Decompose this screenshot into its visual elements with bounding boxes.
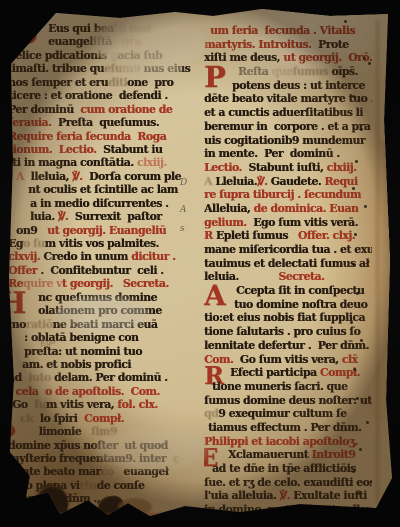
text-segment: limaſti. tribue qu bbox=[8, 62, 104, 75]
text-segment: am. et nobis profici bbox=[22, 358, 131, 371]
text-segment: nt oculis et ſcintille ac lam bbox=[28, 183, 178, 196]
text-segment: on9 bbox=[16, 224, 41, 237]
text-line: Require feria ſecunda Roga bbox=[8, 130, 204, 143]
text-segment: clxiij. bbox=[134, 156, 167, 169]
text-segment: lleluia, bbox=[24, 170, 72, 183]
text-segment: Credo in unum bbox=[43, 250, 128, 263]
text-segment: tione muneris ſacri. que bbox=[212, 380, 347, 393]
text-line: potens deus : ut interce bbox=[204, 79, 372, 93]
text-segment: ℣. bbox=[280, 489, 294, 502]
text-segment: in mente. Per dominū . bbox=[204, 147, 340, 160]
text-segment: ſu bbox=[28, 398, 46, 411]
text-line: DEus qui beatū mar̄ bbox=[8, 22, 204, 35]
text-segment: 9 exequimur cultum ſe bbox=[218, 407, 346, 420]
ink-dot bbox=[355, 160, 358, 163]
text-line: Lectio. Stabunt iuſti, clxiij. bbox=[204, 161, 372, 175]
text-segment: t georgij. bbox=[62, 277, 123, 290]
text-line: Hnc queſumus domine bbox=[8, 291, 204, 304]
text-segment: re ſupra tiburcij . ſecundum bbox=[204, 188, 361, 201]
parchment-fragment: DEus qui beatū mar̄ euangeliſtā gr̄ageli… bbox=[0, 0, 400, 527]
gutter-letter: s bbox=[180, 224, 194, 234]
text-segment: Secreta. bbox=[278, 270, 324, 283]
text-segment: one pro bbox=[127, 76, 173, 89]
text-line: ck lo ſpiri Compł. bbox=[8, 412, 204, 425]
text-segment: clx̄ bbox=[342, 353, 358, 366]
text-segment: eſum9 bbox=[104, 62, 143, 75]
text-line: in mente. Per dominū . bbox=[204, 147, 372, 161]
manuscript-photo: DEus qui beatū mar̄ euangeliſtā gr̄ageli… bbox=[0, 0, 400, 527]
text-line: Offer . Confitebuntur celi . bbox=[8, 264, 204, 277]
text-segment: Offer bbox=[8, 264, 37, 277]
text-line: Alleluia, de dominica. Euan bbox=[204, 202, 372, 216]
text-segment: qd bbox=[204, 407, 218, 420]
text-segment: delam. Per dominū . bbox=[54, 371, 168, 384]
text-segment: o ſu bbox=[23, 237, 45, 250]
text-segment: co bbox=[101, 465, 117, 478]
text-line: beremur in corpore . et a pra bbox=[204, 120, 372, 134]
text-segment: er bbox=[50, 492, 62, 505]
text-segment: limonie bbox=[32, 425, 91, 438]
text-segment: tauimus et delectati ſumus ał bbox=[204, 257, 369, 270]
text-segment: ratiō bbox=[26, 318, 53, 331]
text-segment: Stabunt iuſti, bbox=[248, 161, 326, 174]
text-segment: olationem pro comme bbox=[38, 304, 162, 317]
text-segment: Introit9 bbox=[311, 448, 355, 461]
gutter-letter: D bbox=[180, 178, 194, 188]
text-segment: a in medio diſcurrentes . bbox=[30, 197, 168, 210]
text-line: qd9 exequimur cultum ſe bbox=[204, 407, 372, 421]
text-line: tauimus et delectati ſumus ał bbox=[204, 257, 372, 271]
text-segment: ℣. bbox=[72, 170, 86, 183]
text-line: EXclamauerunt Introit9 bbox=[204, 448, 372, 462]
text-segment: Require feria ſecunda Roga bbox=[8, 130, 166, 143]
text-line: REfecti participa Compł. bbox=[204, 366, 372, 380]
text-segment: Per dominū bbox=[8, 103, 74, 116]
text-line: lennitate defertur . Per dn̄m. bbox=[204, 339, 372, 353]
ink-dot bbox=[350, 321, 353, 324]
text-segment: quire v bbox=[23, 277, 62, 290]
text-line: ticere : et oratione defendi . bbox=[8, 89, 204, 102]
text-segment: et a cunctis aduerſitatibus li bbox=[204, 106, 363, 119]
text-line: Go ſum vitis vera, fol. clx. bbox=[8, 398, 204, 411]
text-line: leluia. Secreta. bbox=[204, 270, 372, 284]
text-segment: clxvij. bbox=[8, 250, 43, 263]
text-segment: rtu bbox=[79, 479, 96, 492]
text-line: martyris. Introitus. Prote bbox=[204, 38, 372, 52]
text-line: ſue. et rʒ de celo. exaudiſti eos al bbox=[204, 476, 372, 490]
text-segment: nus eius bbox=[143, 62, 190, 75]
text-segment: ticere : et oratione defendi . bbox=[8, 89, 168, 102]
text-segment: Efecti participa bbox=[230, 366, 320, 379]
text-segment: ſim9 bbox=[91, 425, 117, 438]
text-segment: m vitis vos palmites. bbox=[45, 237, 159, 250]
text-segment: ſerauia. bbox=[8, 116, 55, 129]
text-line: xiſti me deus, ut georgij. Orō. bbox=[204, 51, 372, 65]
left-text-column: DEus qui beatū mar̄ euangeliſtā gr̄ageli… bbox=[8, 22, 204, 506]
text-line: ſumus domine deus noſter: ut bbox=[204, 394, 372, 408]
text-line: A lleluia, ℣. Dorſa corum ple bbox=[8, 170, 204, 183]
text-line: tiamus effectum . Per dn̄m. bbox=[204, 421, 372, 435]
text-line: Com. Go ſum vitis vera, clx̄ bbox=[204, 353, 372, 367]
text-segment: tuo domine noſtra deuo bbox=[234, 298, 367, 311]
text-segment: dn̄m ., bbox=[61, 492, 100, 505]
ink-dot bbox=[363, 57, 366, 60]
text-segment: Offer. clxj. bbox=[298, 229, 355, 242]
text-line: : oblatā benigne con bbox=[8, 331, 204, 344]
ink-dot bbox=[357, 492, 360, 495]
text-line: ſti in magna conſtātia. clxiij. bbox=[8, 156, 204, 169]
text-line: um feria ſecunda . Vitalis bbox=[204, 24, 372, 38]
text-line: preſta: ut nomini tuo bbox=[8, 345, 204, 358]
text-line: PReſta queſumus oīps̄. bbox=[204, 65, 372, 79]
text-segment: euangeliſtā bbox=[48, 35, 112, 48]
text-segment: Preſta queſumus. bbox=[55, 116, 159, 129]
ink-dot bbox=[368, 62, 371, 65]
text-line: tione muneris ſacri. que bbox=[204, 380, 372, 394]
text-line: ſerauia. Preſta queſumus. bbox=[8, 116, 204, 129]
text-segment bbox=[239, 270, 279, 283]
text-line: ACcepta ſit in conſpectu bbox=[204, 284, 372, 298]
text-line: re ſupra tiburcij . ſecundum bbox=[204, 188, 372, 202]
text-line: nt oculis et ſcintille ac lam bbox=[8, 183, 204, 196]
text-segment: A bbox=[16, 170, 24, 183]
text-segment: m vitis vera, bbox=[46, 398, 118, 411]
text-line: Require vt georgij. Secreta. bbox=[8, 277, 204, 290]
text-line: P limonie ſim9 bbox=[8, 425, 204, 438]
text-line: gelice pdicationis gacia ſub bbox=[8, 49, 204, 62]
text-segment: tione ſalutaris . pro cuius ſo bbox=[204, 325, 360, 338]
text-line: et a cunctis aduerſitatibus li bbox=[204, 106, 372, 120]
text-line: am. et nobis profici bbox=[8, 358, 204, 371]
text-line: gelium. Ego ſum vitis verā. bbox=[204, 216, 372, 230]
text-line: l'uia alleluia. ℣. Exultate iuſti bbox=[204, 489, 372, 503]
text-segment: dicitur . bbox=[128, 250, 176, 263]
text-segment: Reſta bbox=[238, 65, 272, 78]
text-segment: oīps̄. bbox=[328, 65, 358, 78]
text-segment: Go bbox=[12, 398, 28, 411]
text-segment: Exultate iuſti bbox=[293, 489, 367, 502]
text-segment: tū mar̄ bbox=[114, 22, 155, 35]
ink-dot bbox=[352, 95, 355, 98]
text-segment: ut georgij. Euangeliū bbox=[41, 224, 167, 237]
text-segment: mo bbox=[8, 318, 26, 331]
text-segment: Alleluia, bbox=[204, 202, 254, 215]
text-line: in domino, rectos decet collau bbox=[204, 503, 372, 517]
text-segment: Compł. bbox=[84, 412, 124, 425]
text-segment: Go ſum vitis vera, bbox=[240, 353, 342, 366]
text-segment: Eg bbox=[8, 237, 23, 250]
text-segment: Dorſa corum ple bbox=[86, 170, 181, 183]
text-segment: acia ſub bbox=[117, 49, 162, 62]
text-segment: Philippi et iacobi apoſtoloʒ. bbox=[204, 435, 358, 448]
text-segment: ſti in magna conſtātia. bbox=[8, 156, 134, 169]
text-line: A Lleluia.℣. Gaudete. Requi bbox=[204, 175, 372, 189]
text-segment: tio:et eius nobis fiat ſupplica bbox=[204, 311, 365, 324]
text-line: limaſti. tribue queſum9 nus eius bbox=[8, 62, 204, 75]
ink-dot bbox=[359, 448, 362, 451]
text-segment: luia. bbox=[30, 210, 58, 223]
text-line: euangeliſtā gr̄a bbox=[8, 35, 204, 48]
text-segment: de dominica. Euan bbox=[254, 202, 359, 215]
text-segment: Prote bbox=[318, 38, 349, 51]
text-segment: g bbox=[110, 49, 117, 62]
text-segment: lennitate defertur . Per dn̄m. bbox=[204, 339, 369, 352]
text-segment: Epleti ſumus bbox=[216, 229, 298, 242]
text-line: ur. Per dn̄m ., bbox=[8, 492, 204, 505]
ink-dot bbox=[360, 339, 363, 342]
ink-dot bbox=[344, 20, 347, 23]
text-segment: in domino, rectos decet collau bbox=[204, 503, 372, 516]
text-segment: clxiij. bbox=[327, 161, 357, 174]
text-line: mane miſericordia tua . et exul bbox=[204, 243, 372, 257]
text-line: on9 ut georgij. Euangeliū bbox=[8, 224, 204, 237]
text-line: Philippi et iacobi apoſtoloʒ. bbox=[204, 435, 372, 449]
text-segment: queſumus bbox=[272, 65, 329, 78]
text-segment: beremur in corpore . et a pra bbox=[204, 120, 370, 133]
text-line: tio:et eius nobis fiat ſupplica bbox=[204, 311, 372, 325]
text-segment: gr̄a bbox=[112, 35, 141, 48]
text-segment: ur. P bbox=[24, 492, 50, 505]
text-segment: fol. clx. bbox=[117, 398, 157, 411]
text-line: myſterio frequentam9. inter ç bbox=[8, 452, 204, 465]
text-segment: . Confitebuntur celi . bbox=[37, 264, 164, 277]
text-line: tuo domine noſtra deuo bbox=[204, 298, 372, 312]
ink-dot bbox=[353, 368, 356, 371]
fold-crease bbox=[376, 20, 379, 502]
text-segment: l'uia alleluia. bbox=[204, 489, 280, 502]
text-segment: ad te dn̄e in tp̄e afflictiōis bbox=[212, 462, 356, 475]
text-line: nos ſemper et eruditione pro bbox=[8, 76, 204, 89]
text-segment: iuto bbox=[22, 371, 54, 384]
text-segment: Requi bbox=[324, 175, 357, 188]
text-line: R Epleti ſumus Offer. clxj. bbox=[204, 229, 372, 243]
text-segment: tiamus effectum . Per dn̄m. bbox=[208, 421, 361, 434]
text-segment: ſ cela o de apoſtolis. Com. bbox=[8, 385, 160, 398]
text-segment: ℣. bbox=[257, 175, 267, 188]
text-segment: ç bbox=[166, 452, 179, 465]
text-line: olationem pro comme bbox=[8, 304, 204, 317]
text-segment: cum oratione de bbox=[74, 103, 173, 116]
text-line: tionum. Lectio. Stabunt iu bbox=[8, 143, 204, 156]
text-segment: martyris. Introitus. bbox=[204, 38, 318, 51]
text-segment: lo ſpiri bbox=[33, 412, 84, 425]
text-segment: dente beato mar bbox=[8, 465, 101, 478]
text-segment: uo plena vi bbox=[18, 479, 79, 492]
ink-dot bbox=[360, 128, 363, 131]
text-line: Per dominū cum oratione de bbox=[8, 103, 204, 116]
text-line: uo plena virtude conſe bbox=[8, 479, 204, 492]
text-segment: myſterio frequentam9. inter bbox=[8, 452, 166, 465]
text-line: domine xp̄us noſter ut quod bbox=[8, 439, 204, 452]
text-line: dente beato marco euangeł bbox=[8, 465, 204, 478]
text-line: moratiōne beati marci euā bbox=[8, 318, 204, 331]
gutter-letter: A bbox=[180, 205, 194, 215]
text-segment: nc queſumus domine bbox=[38, 291, 157, 304]
text-line: uis cogitationib9 mundemur bbox=[204, 134, 372, 148]
ink-dot bbox=[366, 421, 369, 424]
text-segment: dēte beato vitale martyre tuo . bbox=[204, 92, 372, 105]
text-line: ad iuto delam. Per dominū . bbox=[8, 371, 204, 384]
text-segment: ut georgij. Orō. bbox=[283, 51, 372, 64]
ink-dot bbox=[352, 470, 355, 473]
text-segment: A bbox=[204, 175, 215, 188]
ink-dot bbox=[356, 292, 359, 295]
text-segment: gelice pdicationis bbox=[8, 49, 110, 62]
text-segment: de conſe bbox=[97, 479, 145, 492]
text-segment: ne beati marci euā bbox=[52, 318, 157, 331]
faded-red-line-remnant bbox=[52, 513, 210, 520]
ink-dot bbox=[352, 187, 355, 190]
text-line: a in medio diſcurrentes . bbox=[8, 197, 204, 210]
text-segment: Gaudete. bbox=[267, 175, 324, 188]
ink-dot bbox=[354, 233, 357, 236]
text-line: clxvij. Credo in unum dicitur . bbox=[8, 250, 204, 263]
text-segment: Xclamauerunt bbox=[228, 448, 311, 461]
text-segment: ſue. et rʒ de celo. exaudiſti eos al bbox=[204, 476, 372, 489]
text-segment: Ego ſum vitis verā. bbox=[253, 216, 358, 229]
text-segment: ad bbox=[8, 371, 22, 384]
text-segment: uis cogitationib9 mundemur bbox=[204, 134, 365, 147]
text-segment: R bbox=[204, 229, 216, 242]
text-segment: diti bbox=[108, 76, 127, 89]
text-segment: Eus qui bea bbox=[48, 22, 114, 35]
text-segment: mane miſericordia tua . et exul bbox=[204, 243, 372, 256]
text-line: tione ſalutaris . pro cuius ſo bbox=[204, 325, 372, 339]
text-segment: ſumus domine deus noſter: ut bbox=[204, 394, 372, 407]
ink-dot bbox=[364, 205, 367, 208]
ink-dot bbox=[352, 263, 355, 266]
right-text-column: um feria ſecunda . Vitalismartyris. Intr… bbox=[204, 24, 372, 517]
text-segment: tionum. Lectio. bbox=[8, 143, 103, 156]
text-line: Ego ſum vitis vos palmites. bbox=[8, 237, 204, 250]
text-segment: euangeł bbox=[117, 465, 169, 478]
text-segment: domine xp̄us noſter ut quod bbox=[8, 439, 168, 452]
text-line: dēte beato vitale martyre tuo . bbox=[204, 92, 372, 106]
text-segment: potens deus : ut interce bbox=[232, 79, 365, 92]
text-segment: Secreta. bbox=[123, 277, 169, 290]
text-segment: ℣. bbox=[58, 210, 72, 223]
text-segment: Ccepta ſit in conſpectu bbox=[236, 284, 364, 297]
text-segment: gelium. bbox=[204, 216, 253, 229]
text-segment: Surrexit paſtor bbox=[71, 210, 161, 223]
text-segment: Stabunt iu bbox=[103, 143, 162, 156]
text-line: luia. ℣. Surrexit paſtor bbox=[8, 210, 204, 223]
text-segment: nos ſemper et eru bbox=[8, 76, 108, 89]
text-segment: um feria ſecunda . Vitalis bbox=[210, 24, 355, 37]
text-segment: Lleluia. bbox=[215, 175, 257, 188]
text-line: ad te dn̄e in tp̄e afflictiōis bbox=[204, 462, 372, 476]
text-segment: ck bbox=[20, 412, 33, 425]
ink-dot bbox=[356, 397, 359, 400]
text-line: ſ cela o de apoſtolis. Com. bbox=[8, 385, 204, 398]
text-segment: Lectio. bbox=[204, 161, 248, 174]
